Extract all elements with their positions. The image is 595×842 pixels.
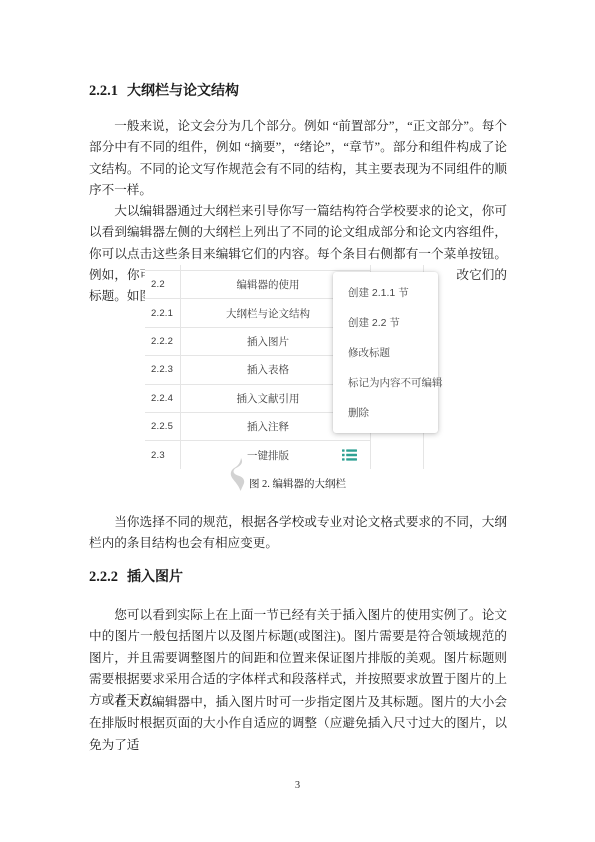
outline-row-number: 2.2.3	[145, 364, 186, 375]
outline-row-number: 2.2.4	[145, 393, 186, 404]
figure-screenshot: 2.2编辑器的使用2.2.1大纲栏与论文结构2.2.2插入图片2.2.3插入表格…	[145, 265, 457, 469]
menu-item: 标记为内容不可编辑	[333, 367, 438, 397]
figure-caption: 图 2. 编辑器的大纲栏	[0, 476, 595, 491]
outline-row-number: 2.2.1	[145, 308, 186, 319]
section-heading-1: 2.2.1大纲栏与论文结构	[89, 80, 239, 100]
menu-item: 删除	[333, 397, 438, 427]
outline-row: 2.3一键排版	[145, 440, 370, 468]
format-list-icon	[342, 449, 357, 461]
section-number: 2.2.1	[89, 83, 118, 99]
paragraph: 在大以编辑器中，插入图片时可一步指定图片及其标题。图片的大小会在排版时根据页面的…	[89, 692, 507, 756]
page-number: 3	[0, 780, 595, 791]
outline-row-number: 2.3	[145, 450, 186, 461]
context-menu: 创建 2.1.1 节创建 2.2 节修改标题标记为内容不可编辑删除	[333, 272, 438, 433]
document-page: 2.2.1大纲栏与论文结构 一般来说，论文会分为几个部分。例如 “前置部分”，“…	[0, 0, 595, 842]
menu-item: 修改标题	[333, 338, 438, 368]
section-title: 大纲栏与论文结构	[127, 82, 239, 98]
section-number: 2.2.2	[89, 569, 118, 585]
menu-item: 创建 2.1.1 节	[333, 278, 438, 308]
outline-row-number: 2.2	[145, 279, 186, 290]
menu-item: 创建 2.2 节	[333, 308, 438, 338]
section-heading-2: 2.2.2插入图片	[89, 566, 183, 586]
body-text-block-4: 在大以编辑器中，插入图片时可一步指定图片及其标题。图片的大小会在排版时根据页面的…	[89, 692, 507, 756]
section-title: 插入图片	[127, 568, 183, 584]
body-text-block-2: 当你选择不同的规范，根据各学校或专业对论文格式要求的不同，大纲栏内的条目结构也会…	[89, 512, 507, 555]
paragraph: 一般来说，论文会分为几个部分。例如 “前置部分”，“正文部分”。每个部分中有不同…	[89, 116, 507, 201]
outline-row-number: 2.2.5	[145, 421, 186, 432]
watermark-glyph	[228, 458, 256, 496]
outline-row-number: 2.2.2	[145, 336, 186, 347]
paragraph: 当你选择不同的规范，根据各学校或专业对论文格式要求的不同，大纲栏内的条目结构也会…	[89, 512, 507, 555]
